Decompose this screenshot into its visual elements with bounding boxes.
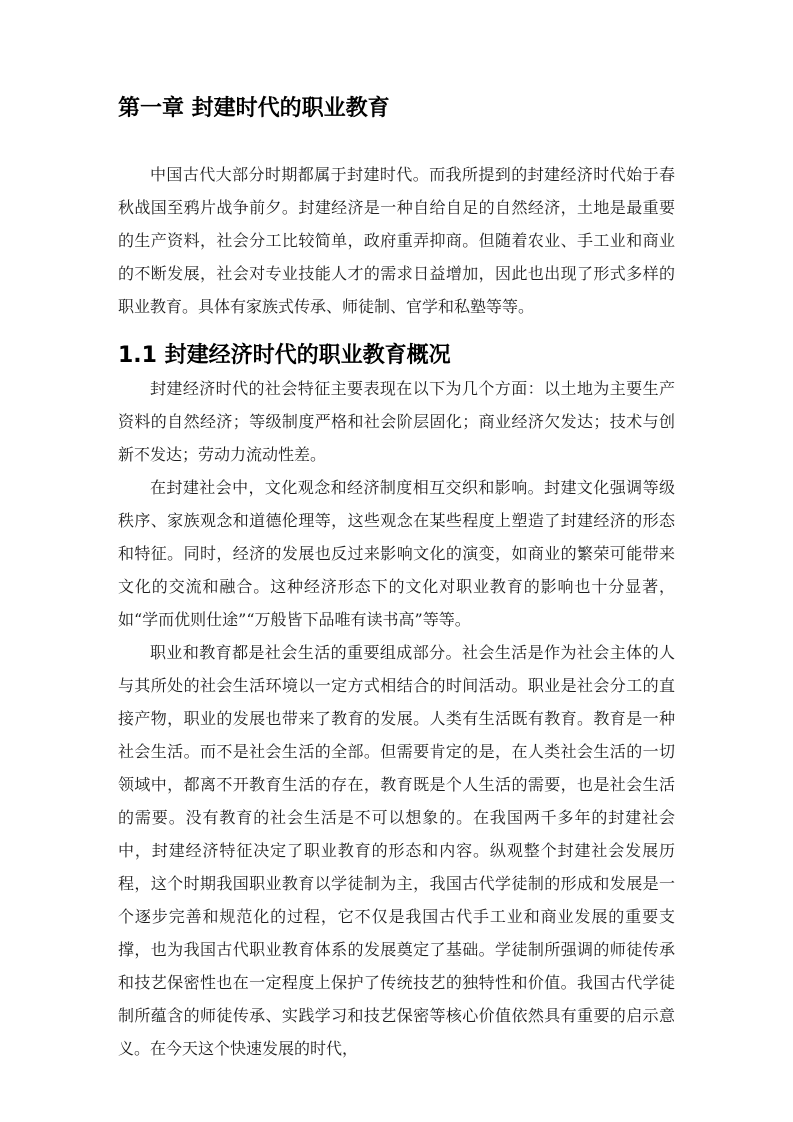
section-paragraph-3: 职业和教育都是社会生活的重要组成部分。社会生活是作为社会主体的人与其所处的社会生… — [118, 636, 675, 1065]
section-heading: 1.1 封建经济时代的职业教育概况 — [118, 339, 675, 372]
chapter-heading: 第一章 封建时代的职业教育 — [118, 92, 675, 125]
intro-paragraph: 中国古代大部分时期都属于封建时代。而我所提到的封建经济时代始于春秋战国至鸦片战争… — [118, 158, 675, 323]
section-paragraph-1: 封建经济时代的社会特征主要表现在以下为几个方面：以土地为主要生产资料的自然经济；… — [118, 372, 675, 471]
section-paragraph-2: 在封建社会中，文化观念和经济制度相互交织和影响。封建文化强调等级秩序、家族观念和… — [118, 471, 675, 636]
document-page: 第一章 封建时代的职业教育 中国古代大部分时期都属于封建时代。而我所提到的封建经… — [118, 92, 675, 1065]
